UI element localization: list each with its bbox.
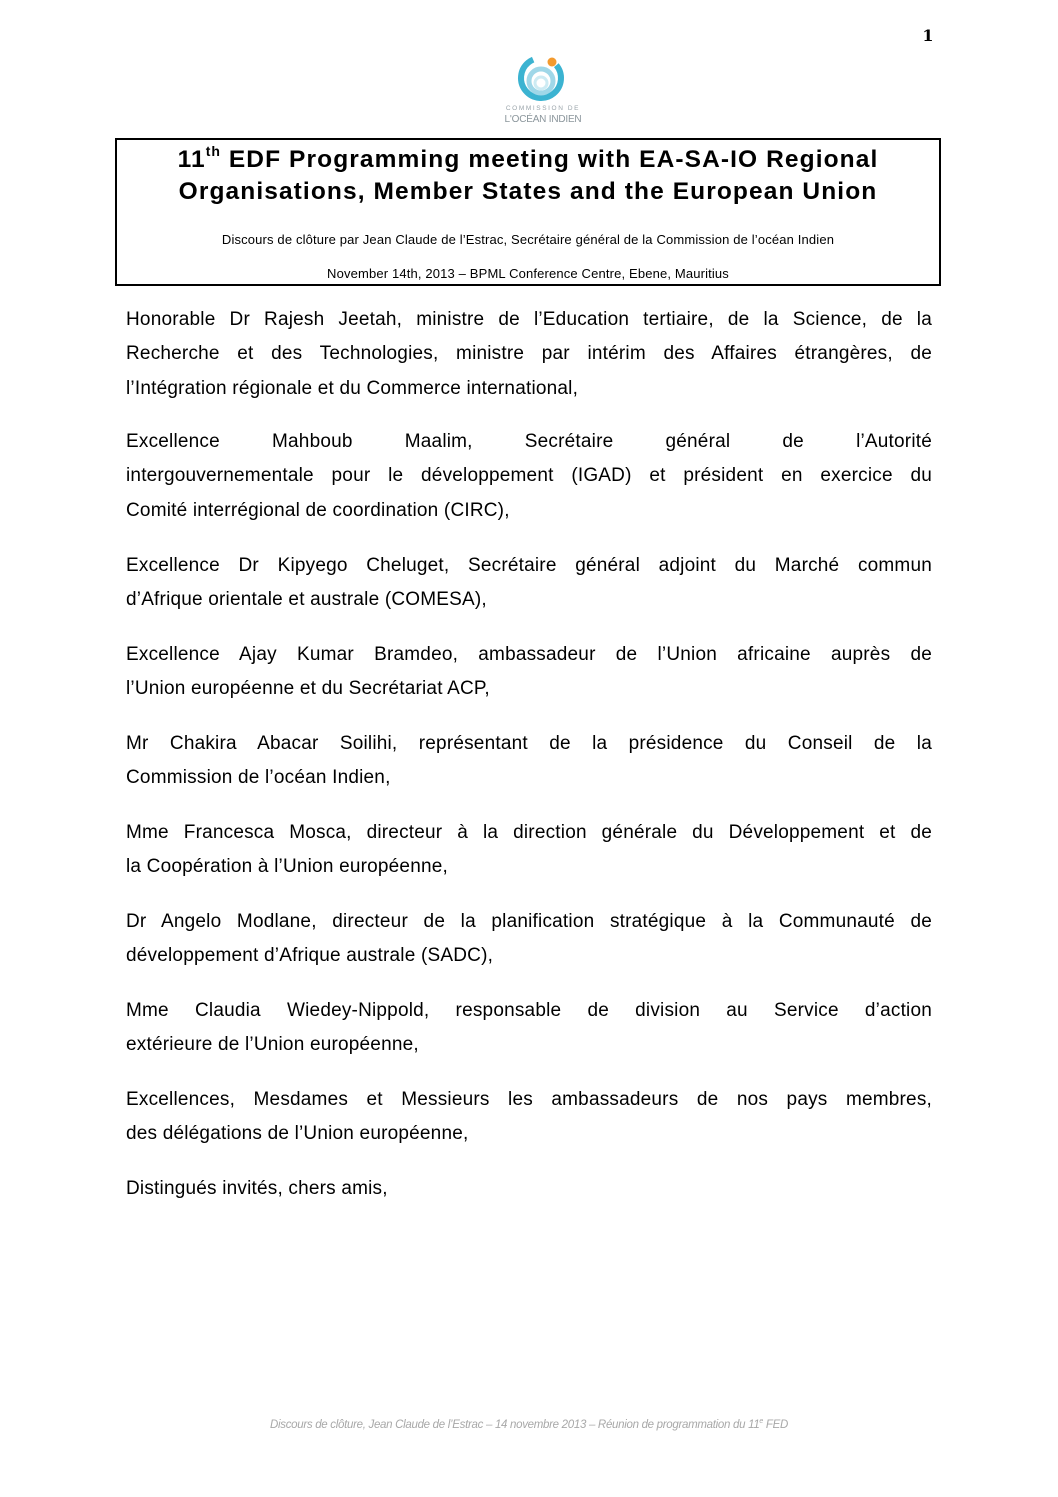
title-superscript: th (206, 143, 221, 159)
speech-subtitle: Discours de clôture par Jean Claude de l… (117, 232, 939, 247)
salutation-paragraph: Distingués invités, chers amis, (126, 1172, 932, 1206)
salutation-paragraph: Excellences, Mesdames et Messieurs les a… (126, 1083, 932, 1152)
logo-caption-bottom: L'OCÉAN INDIEN (498, 114, 588, 125)
paragraph-line: extérieure de l’Union européenne, (126, 1028, 932, 1062)
footer-text-end: FED (763, 1419, 788, 1431)
title-number: 11 (178, 146, 206, 173)
document-title-line-2: Organisations, Member States and the Eur… (117, 178, 939, 206)
paragraph-line: intergouvernementale pour le développeme… (126, 459, 932, 493)
paragraph-line: Excellence Dr Kipyego Cheluget, Secrétai… (126, 549, 932, 583)
paragraph-line: Commission de l’océan Indien, (126, 761, 932, 795)
logo-caption-top: COMMISSION DE (498, 105, 588, 112)
page-number: 1 (918, 26, 938, 45)
salutation-paragraph: Excellence Ajay Kumar Bramdeo, ambassade… (126, 638, 932, 707)
salutation-paragraph: Excellence Mahboub Maalim, Secrétaire gé… (126, 425, 932, 528)
paragraph-line: Excellence Mahboub Maalim, Secrétaire gé… (126, 425, 932, 459)
salutation-paragraph: Excellence Dr Kipyego Cheluget, Secrétai… (126, 549, 932, 618)
paragraph-line: Mme Francesca Mosca, directeur à la dire… (126, 816, 932, 850)
page-footer: Discours de clôture, Jean Claude de l’Es… (0, 1419, 1058, 1431)
logo: COMMISSION DE L'OCÉAN INDIEN (498, 50, 588, 136)
footer-text: Discours de clôture, Jean Claude de l’Es… (270, 1419, 759, 1431)
salutation-paragraph: Honorable Dr Rajesh Jeetah, ministre de … (126, 303, 932, 406)
paragraph-line: Honorable Dr Rajesh Jeetah, ministre de … (126, 303, 932, 337)
paragraph-line: Dr Angelo Modlane, directeur de la plani… (126, 905, 932, 939)
paragraph-line: Recherche et des Technologies, ministre … (126, 337, 932, 371)
title-box: 11th EDF Programming meeting with EA-SA-… (115, 138, 941, 286)
footer-superscript: e (759, 1418, 763, 1425)
paragraph-line: Comité interrégional de coordination (CI… (126, 494, 932, 528)
paragraph-line: Mr Chakira Abacar Soilihi, représentant … (126, 727, 932, 761)
paragraph-line: Excellence Ajay Kumar Bramdeo, ambassade… (126, 638, 932, 672)
paragraph-line: des délégations de l’Union européenne, (126, 1117, 932, 1151)
paragraph-line: la Coopération à l’Union européenne, (126, 850, 932, 884)
salutation-paragraph: Mr Chakira Abacar Soilihi, représentant … (126, 727, 932, 796)
commission-ocean-indien-logo-icon (498, 50, 588, 106)
paragraph-line: Distingués invités, chers amis, (126, 1172, 932, 1206)
paragraph-line: l’Union européenne et du Secrétariat ACP… (126, 672, 932, 706)
paragraph-line: Excellences, Mesdames et Messieurs les a… (126, 1083, 932, 1117)
paragraph-line: Mme Claudia Wiedey-Nippold, responsable … (126, 994, 932, 1028)
paragraph-line: d’Afrique orientale et australe (COMESA)… (126, 583, 932, 617)
title-rest: EDF Programming meeting with EA-SA-IO Re… (221, 146, 878, 173)
document-title-line-1: 11th EDF Programming meeting with EA-SA-… (117, 146, 939, 174)
salutation-paragraph: Mme Francesca Mosca, directeur à la dire… (126, 816, 932, 885)
paragraph-line: l’Intégration régionale et du Commerce i… (126, 372, 932, 406)
salutation-paragraph: Dr Angelo Modlane, directeur de la plani… (126, 905, 932, 974)
salutation-paragraph: Mme Claudia Wiedey-Nippold, responsable … (126, 994, 932, 1063)
date-location: November 14th, 2013 – BPML Conference Ce… (117, 266, 939, 281)
paragraph-line: développement d’Afrique australe (SADC), (126, 939, 932, 973)
